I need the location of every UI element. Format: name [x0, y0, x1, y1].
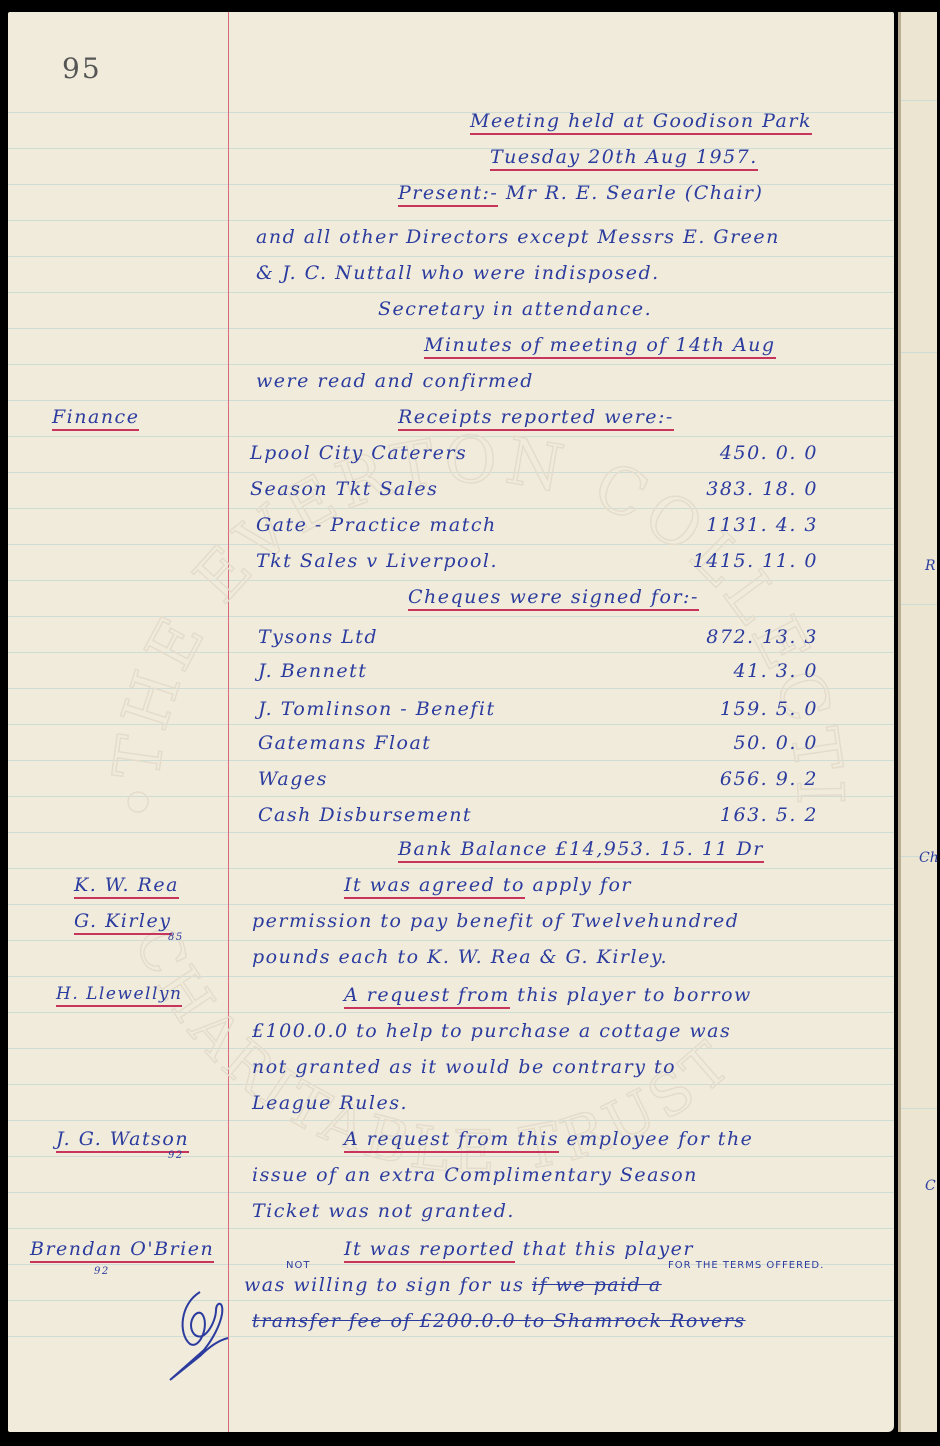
- ruled-line: [8, 904, 894, 905]
- ruled-line: [8, 508, 894, 509]
- margin-ref: 92: [94, 1266, 110, 1277]
- item-rea-line-2: permission to pay benefit of Twelvehundr…: [252, 910, 739, 932]
- ruled-line: [8, 328, 894, 329]
- ruled-line: [8, 292, 894, 293]
- ruled-line: [8, 364, 894, 365]
- cheque-label: Tysons Ltd: [258, 626, 378, 648]
- ruled-line: [8, 1012, 894, 1013]
- ruled-line: [901, 1108, 937, 1109]
- cheque-amount: 656. 9. 2: [668, 768, 818, 790]
- item-watson-line-2: issue of an extra Complimentary Season: [252, 1164, 698, 1186]
- meeting-date: Tuesday 20th Aug 1957.: [490, 146, 758, 171]
- receipt-label: Gate - Practice match: [256, 514, 497, 536]
- secretary-line: Secretary in attendance.: [378, 298, 652, 320]
- ruled-line: [8, 1156, 894, 1157]
- item-obrien-line-2: was willing to sign for us if we paid a: [244, 1274, 662, 1296]
- receipt-amount: 450. 0. 0: [668, 442, 818, 464]
- ruled-line: [901, 604, 937, 605]
- item-lead: It was reported: [344, 1238, 515, 1263]
- margin-rule: [228, 12, 229, 1432]
- ruled-line: [8, 1228, 894, 1229]
- struck-text: if we paid a: [532, 1274, 662, 1296]
- ruled-line: [8, 688, 894, 689]
- item-llewellyn-line-3: not granted as it would be contrary to: [252, 1056, 676, 1078]
- ruled-line: [8, 1120, 894, 1121]
- present-text: Mr R. E. Searle (Chair): [506, 182, 764, 204]
- ruled-line: [8, 760, 894, 761]
- insert-terms: FOR THE TERMS OFFERED.: [668, 1260, 824, 1271]
- item-lead: A request from this: [344, 1128, 559, 1153]
- cheque-label: J. Bennett: [258, 660, 367, 682]
- ruled-line: [901, 352, 937, 353]
- receipt-label: Tkt Sales v Liverpool.: [256, 550, 498, 572]
- receipt-amount: 383. 18. 0: [668, 478, 818, 500]
- cheque-amount: 163. 5. 2: [668, 804, 818, 826]
- item-text: was willing to sign for us: [244, 1274, 524, 1296]
- struck-text-line: transfer fee of £200.0.0 to Shamrock Rov…: [252, 1310, 746, 1332]
- item-llewellyn-line-2: £100.0.0 to help to purchase a cottage w…: [252, 1020, 731, 1042]
- margin-llewellyn: H. Llewellyn: [56, 984, 182, 1007]
- receipts-heading: Receipts reported were:-: [398, 406, 674, 431]
- cheque-amount: 41. 3. 0: [668, 660, 818, 682]
- minutes-line: Minutes of meeting of 14th Aug: [424, 334, 776, 356]
- insert-not: NOT: [286, 1260, 310, 1271]
- item-obrien-line-1: It was reported that this player: [344, 1238, 694, 1260]
- cheque-label: Gatemans Float: [258, 732, 431, 754]
- item-lead: A request from: [344, 984, 510, 1009]
- ruled-line: [8, 472, 894, 473]
- item-text: that this player: [523, 1238, 694, 1260]
- ruled-line: [8, 652, 894, 653]
- initials-signature: [160, 1284, 240, 1384]
- cheque-amount: 872. 13. 3: [668, 626, 818, 648]
- ledger-page: THE EVERTON COLLECTION CHARITABLE TRUST …: [8, 12, 894, 1432]
- ruled-line: [8, 796, 894, 797]
- item-watson-line-3: Ticket was not granted.: [252, 1200, 515, 1222]
- directors-line: and all other Directors except Messrs E.…: [256, 226, 780, 248]
- ruled-line: [8, 616, 894, 617]
- adjacent-page-mark: R: [925, 558, 936, 574]
- margin-ref: 85: [168, 932, 184, 943]
- item-watson-line-1: A request from this employee for the: [344, 1128, 753, 1150]
- item-rea-line-1: It was agreed to apply for: [344, 874, 632, 896]
- ruled-line: [8, 940, 894, 941]
- bank-balance: Bank Balance £14,953. 15. 11 Dr: [398, 838, 764, 863]
- ruled-line: [8, 436, 894, 437]
- item-llewellyn-line-4: League Rules.: [252, 1092, 408, 1114]
- ruled-line: [8, 1336, 894, 1337]
- receipt-amount: 1131. 4. 3: [668, 514, 818, 536]
- item-lead: It was agreed to: [344, 874, 525, 899]
- minutes-label: Minutes of meeting of 14th Aug: [424, 334, 776, 359]
- present-line: Present:- Mr R. E. Searle (Chair): [398, 182, 763, 204]
- ruled-line: [8, 544, 894, 545]
- ruled-line: [8, 1192, 894, 1193]
- present-label: Present:-: [398, 182, 498, 207]
- ruled-line: [8, 832, 894, 833]
- ruled-line: [8, 724, 894, 725]
- ruled-line: [8, 976, 894, 977]
- receipt-amount: 1415. 11. 0: [668, 550, 818, 572]
- margin-kirley: G. Kirley: [74, 910, 172, 935]
- cheques-heading: Cheques were signed for:-: [408, 586, 699, 611]
- meeting-title: Meeting held at Goodison Park: [470, 110, 812, 135]
- adjacent-page-mark: C: [925, 1178, 936, 1194]
- ruled-line: [901, 100, 937, 101]
- ruled-line: [8, 580, 894, 581]
- cheque-label: J. Tomlinson - Benefit: [258, 698, 496, 720]
- adjacent-page-mark: Ch: [919, 850, 939, 866]
- page-number: 95: [62, 52, 102, 85]
- ruled-line: [8, 148, 894, 149]
- receipt-label: Season Tkt Sales: [250, 478, 438, 500]
- receipt-label: Lpool City Caterers: [250, 442, 467, 464]
- margin-obrien: Brendan O'Brien: [30, 1238, 214, 1263]
- cheque-label: Cash Disbursement: [258, 804, 472, 826]
- cheque-amount: 159. 5. 0: [668, 698, 818, 720]
- margin-ref: 92: [168, 1150, 184, 1161]
- ruled-line: [8, 1300, 894, 1301]
- ruled-line: [8, 1084, 894, 1085]
- margin-rea: K. W. Rea: [74, 874, 179, 899]
- item-text: this player to borrow: [517, 984, 752, 1006]
- item-rea-line-3: pounds each to K. W. Rea & G. Kirley.: [252, 946, 668, 968]
- ruled-line: [8, 220, 894, 221]
- item-llewellyn-line-1: A request from this player to borrow: [344, 984, 752, 1006]
- item-text: apply for: [532, 874, 632, 896]
- ruled-line: [8, 256, 894, 257]
- cheque-label: Wages: [258, 768, 328, 790]
- indisposed-line: & J. C. Nuttall who were indisposed.: [256, 262, 660, 284]
- minutes-confirmed: were read and confirmed: [256, 370, 534, 392]
- ruled-line: [8, 868, 894, 869]
- adjacent-page: R Ch C: [898, 12, 937, 1432]
- ruled-line: [8, 400, 894, 401]
- cheque-amount: 50. 0. 0: [668, 732, 818, 754]
- ruled-line: [8, 1048, 894, 1049]
- margin-finance: Finance: [52, 406, 139, 431]
- item-text: employee for the: [567, 1128, 754, 1150]
